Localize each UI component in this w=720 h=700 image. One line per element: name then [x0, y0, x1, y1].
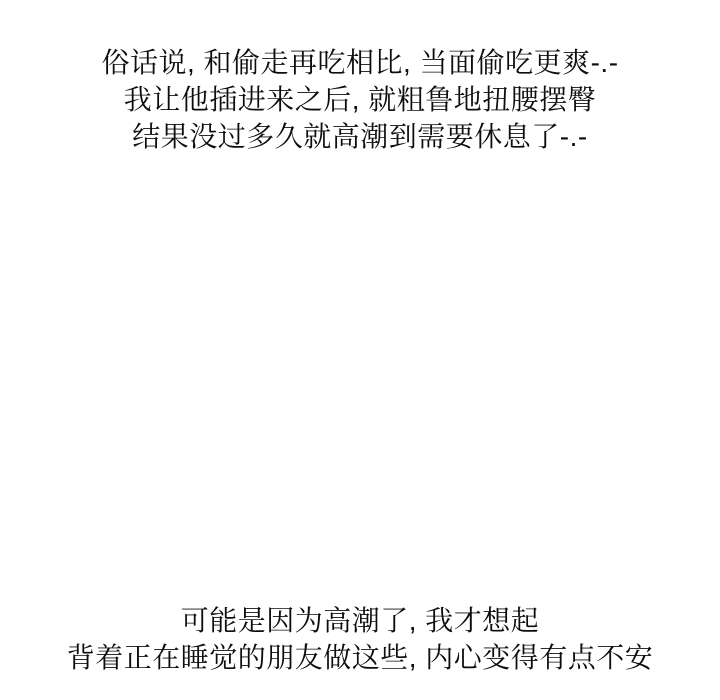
- bottom-narration-block: 可能是因为高潮了, 我才想起 背着正在睡觉的朋友做这些, 内心变得有点不安: [0, 602, 720, 676]
- narration-line: 我让他插进来之后, 就粗鲁地扭腰摆臀: [0, 81, 720, 118]
- narration-line: 结果没过多久就高潮到需要休息了-.-: [0, 118, 720, 155]
- narration-line: 俗话说, 和偷走再吃相比, 当面偷吃更爽-.-: [0, 44, 720, 81]
- top-narration-block: 俗话说, 和偷走再吃相比, 当面偷吃更爽-.- 我让他插进来之后, 就粗鲁地扭腰…: [0, 44, 720, 155]
- comic-page: 俗话说, 和偷走再吃相比, 当面偷吃更爽-.- 我让他插进来之后, 就粗鲁地扭腰…: [0, 0, 720, 700]
- narration-line: 背着正在睡觉的朋友做这些, 内心变得有点不安: [0, 639, 720, 676]
- narration-line: 可能是因为高潮了, 我才想起: [0, 602, 720, 639]
